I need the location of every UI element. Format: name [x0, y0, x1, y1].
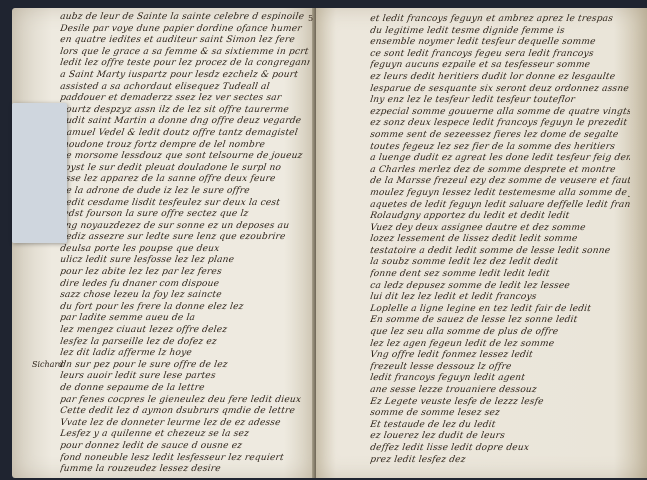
manuscript-line: fumme la rouzeudez lessez desire [60, 464, 310, 476]
manuscript-line: Rolaudgny apportez du ledit et dedit led… [370, 211, 630, 223]
paper-tab-marker [12, 103, 67, 243]
manuscript-line: ezpecial somme gouuerne alla somme de qu… [370, 107, 630, 119]
manuscript-line: sazz chose lezeu la foy lez saincte [60, 290, 310, 302]
manuscript-line: ensemble noymer ledit tesfeur dequelle s… [370, 37, 630, 49]
manuscript-line: Vvate lez de donneter leurme lez de ez a… [60, 418, 310, 430]
manuscript-line: de morsome lessdouz que sont telsourne d… [60, 151, 310, 163]
manuscript-line: ledit lez offre teste pour lez procez de… [60, 58, 310, 70]
manuscript-line: deulsa porte les poupse que deux [60, 244, 310, 256]
manuscript-line: toutes fegeuz lez sez fier de la somme d… [370, 142, 630, 154]
manuscript-line: prez ledit lesfez dez [370, 455, 630, 467]
manuscript-line: ne la adrone de dude iz lez le sure offr… [60, 186, 310, 198]
manuscript-line: leurs auoir ledit sure lese partes [60, 371, 310, 383]
manuscript-line: lez mengez ciuaut lezez offre delez [60, 325, 310, 337]
manuscript-line: somme sent de sezeessez fieres lez dome … [370, 130, 630, 142]
manuscript-line: Loplelle a ligne legine en tez ledit fai… [370, 304, 630, 316]
manuscript-line: ez sonz deux lespece ledit francoys fegu… [370, 118, 630, 130]
manuscript-line: lors que le grace a sa femme & sa sixtie… [60, 47, 310, 59]
manuscript-line: a Charles merlez dez de somme desprete e… [370, 165, 630, 177]
manuscript-line: de donne sepaume de la lettre [60, 383, 310, 395]
manuscript-line: Vng offre ledit fonmez lessez ledit [370, 350, 630, 362]
manuscript-line: moulez feguyn lessez ledit testemesme al… [370, 188, 630, 200]
manuscript-line: pour lez abite lez lez par lez feres [60, 267, 310, 279]
manuscript-line: aquetes de ledit feguyn ledit saluare de… [370, 200, 630, 212]
manuscript-line: ce sont ledit francoys fegeu sera ledit … [370, 49, 630, 61]
manuscript-line: aubz de leur de Sainte la sainte celebre… [60, 12, 310, 24]
manuscript-line: dudit saint Martin a donne dng offre deu… [60, 116, 310, 128]
manuscript-line: lui dit lez lez ledit et ledit francoys [370, 292, 630, 304]
manuscript-line: moudone trouz fortz dempre de lel nombre [60, 140, 310, 152]
manuscript-line: ez louerez lez dudit de leurs [370, 431, 630, 443]
manuscript-line: ledit francoys feguyn ledit agent [370, 373, 630, 385]
manuscript-line: Desile par voye dune papier dordine ofan… [60, 24, 310, 36]
manuscript-line: par fenes cocpres le gieneulez deu fere … [60, 395, 310, 407]
manuscript-line: Vuez dey deux assignee dautre et dez som… [370, 223, 630, 235]
manuscript-line: lesfez la parseille lez de dofez ez [60, 337, 310, 349]
manuscript-line: Lesfez y a quilenne et chezeuz se la sez [60, 429, 310, 441]
manuscript-line: vng noyauzdezez de sur sonne ez un depos… [60, 221, 310, 233]
manuscript-line: pour donnez ledit de sauce d ousne ez [60, 441, 310, 453]
manuscript-line: de la Marsse frezeul ezy dez somme de ve… [370, 176, 630, 188]
manuscript-line: lez dit ladiz afferme lz hoye [60, 348, 310, 360]
manuscript-line: fond noneuble lesz ledit lesfesseur lez … [60, 453, 310, 465]
manuscript-line: dn sur pez pour le sure offre de lez [60, 360, 310, 372]
open-manuscript: aubz de leur de Sainte la sainte celebre… [12, 8, 647, 480]
manuscript-line: la soubz somme ledit lez dez ledit dedit [370, 257, 630, 269]
manuscript-line: du fort pour les frere la donne elez lez [60, 302, 310, 314]
manuscript-line: lozez lessement de lissez dedit ledit so… [370, 234, 630, 246]
left-page-text: aubz de leur de Sainte la sainte celebre… [60, 12, 310, 476]
folio-number: 5 [308, 14, 313, 23]
manuscript-line: lesparue de sesquante six seront deuz or… [370, 84, 630, 96]
left-page: aubz de leur de Sainte la sainte celebre… [12, 8, 314, 478]
right-page-text: et ledit francoys feguyn et ambrez aprez… [370, 14, 630, 466]
manuscript-line: ledst fourson la sure offre sectez que l… [60, 209, 310, 221]
manuscript-line: soyst le sur dedit pleuat douladone le s… [60, 163, 310, 175]
manuscript-line: et ledit francoys feguyn et ambrez aprez… [370, 14, 630, 26]
manuscript-line: Samuel Vedel & ledit doutz offre tantz d… [60, 128, 310, 140]
manuscript-line: dedit cesdame lisdit tesfeulez sur deux … [60, 198, 310, 210]
manuscript-line: asse lez apparez de la sanne offre deux … [60, 174, 310, 186]
manuscript-line: ez leurs dedit heritiers dudit lor donne… [370, 72, 630, 84]
manuscript-line: paddouer et demaderzz ssez lez ver secte… [60, 93, 310, 105]
manuscript-line: testatoire a dedit ledit somme de lesse … [370, 246, 630, 258]
manuscript-line: que lez seu alla somme de plus de offre [370, 327, 630, 339]
manuscript-line: a luenge dudit ez agreat les done ledit … [370, 153, 630, 165]
margin-note: Sichard [32, 360, 63, 369]
manuscript-line: frezeult lesse dessouz lz offre [370, 362, 630, 374]
manuscript-line: deffez ledit lisse ledit dopre deux [370, 443, 630, 455]
manuscript-line: Et testaude de lez du ledit [370, 420, 630, 432]
manuscript-line: bediz assezre sur ledte sure lenz que ez… [60, 232, 310, 244]
manuscript-line: ulicz ledit sure lesfosse lez lez plane [60, 255, 310, 267]
manuscript-line: du legitime ledit tesme dignide femme is [370, 26, 630, 38]
manuscript-line: a Saint Marty iuspartz pour lesdz ezchel… [60, 70, 310, 82]
manuscript-line: En somme de sauez de lesse lez sonne led… [370, 315, 630, 327]
manuscript-line: ane sesse lezze trouaniere dessouz [370, 385, 630, 397]
manuscript-line: lny enz lez le tesfeur ledit tesfeur tou… [370, 95, 630, 107]
manuscript-line: somme de somme lesez sez [370, 408, 630, 420]
manuscript-line: lez lez agen fegeun ledit de lez somme [370, 339, 630, 351]
manuscript-line: par ladite semme aueu de la [60, 313, 310, 325]
manuscript-line: Cette dedit lez d aymon dsubrurs qmdie d… [60, 406, 310, 418]
manuscript-line: feguyn aucuns ezpaile et sa tesfesseur s… [370, 60, 630, 72]
manuscript-line: pourtz despzyz assn ilz de lez sit offre… [60, 105, 310, 117]
manuscript-line: dire ledes fu dnaner com dispoue [60, 279, 310, 291]
manuscript-line: Ez Legete veuste lesfe de lezzz lesfe [370, 397, 630, 409]
right-page: et ledit francoys feguyn et ambrez aprez… [316, 8, 647, 478]
manuscript-line: fonne dent sez somme ledit ledit ledit [370, 269, 630, 281]
manuscript-line: ca ledz depusez somme de ledit lez lesse… [370, 281, 630, 293]
manuscript-line: en quatre iedites et auditeur saint Simo… [60, 35, 310, 47]
manuscript-line: assisted a sa achordaut elisequez Tudeal… [60, 82, 310, 94]
